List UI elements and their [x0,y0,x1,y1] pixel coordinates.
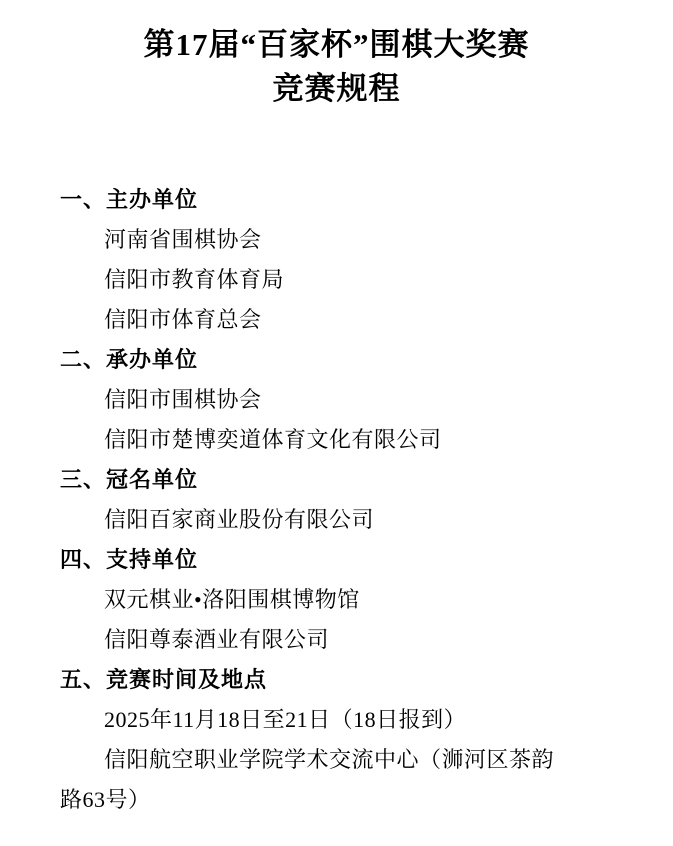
section-host-units: 一、主办单位 河南省围棋协会 信阳市教育体育局 信阳市体育总会 [60,180,613,340]
section-time-and-venue: 五、竞赛时间及地点 2025年11月18日至21日（18日报到） 信阳航空职业学… [60,660,613,820]
section-heading: 四、支持单位 [60,540,613,580]
section-item: 信阳市楚博奕道体育文化有限公司 [60,420,613,460]
section-title-sponsor: 三、冠名单位 信阳百家商业股份有限公司 [60,460,613,540]
section-item: 信阳百家商业股份有限公司 [60,500,613,540]
section-item: 信阳市体育总会 [60,300,613,340]
section-item: 双元棋业•洛阳围棋博物馆 [60,580,613,620]
section-item: 河南省围棋协会 [60,220,613,260]
title-line-2: 竞赛规程 [60,67,613,111]
section-supporting-units: 四、支持单位 双元棋业•洛阳围棋博物馆 信阳尊泰酒业有限公司 [60,540,613,660]
section-heading: 三、冠名单位 [60,460,613,500]
section-item: 信阳尊泰酒业有限公司 [60,620,613,660]
document-body: 一、主办单位 河南省围棋协会 信阳市教育体育局 信阳市体育总会 二、承办单位 信… [60,180,613,820]
document-title: 第17届“百家杯”围棋大奖赛 竞赛规程 [60,23,613,111]
section-heading: 一、主办单位 [60,180,613,220]
section-organizer-units: 二、承办单位 信阳市围棋协会 信阳市楚博奕道体育文化有限公司 [60,340,613,460]
section-item: 信阳航空职业学院学术交流中心（浉河区茶韵路63号） [60,740,572,820]
section-heading: 二、承办单位 [60,340,613,380]
section-item: 2025年11月18日至21日（18日报到） [60,700,613,740]
section-item: 信阳市围棋协会 [60,380,613,420]
document-page: 第17届“百家杯”围棋大奖赛 竞赛规程 一、主办单位 河南省围棋协会 信阳市教育… [0,0,673,846]
title-line-1: 第17届“百家杯”围棋大奖赛 [60,23,613,67]
section-item: 信阳市教育体育局 [60,260,613,300]
section-heading: 五、竞赛时间及地点 [60,660,613,700]
